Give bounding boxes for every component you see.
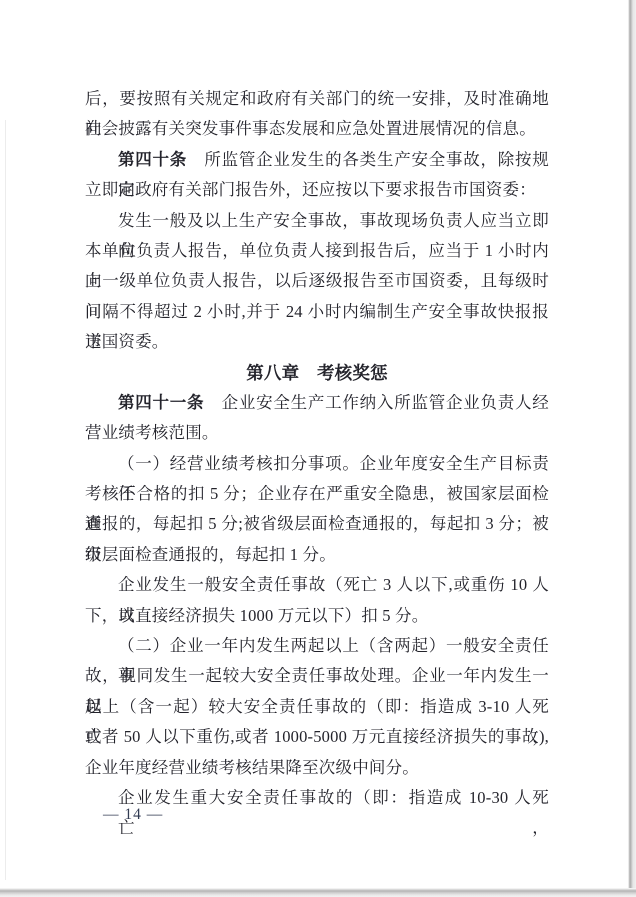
line-text: 级层面检查通报的，每起扣 1 分。 xyxy=(85,545,336,564)
line-text: 企业发生重大安全责任事故的（即：指造成 10-30 人死亡， xyxy=(118,788,549,837)
page-edge-bottom xyxy=(0,888,636,897)
line-text: 第八章 考核奖惩 xyxy=(246,363,388,383)
page: 后，要按照有关规定和政府有关部门的统一安排，及时准确地向社会披露有关突发事件事态… xyxy=(0,0,636,897)
line-text: 企业年度经营业绩考核结果降至次级中间分。 xyxy=(85,758,419,777)
document-line: 立即向政府有关部门报告外，还应按以下要求报告市国资委： xyxy=(85,175,549,205)
article-number: 第四十条 xyxy=(118,151,187,169)
page-edge-right xyxy=(628,0,636,897)
document-line: 通报的，每起扣 5 分;被省级层面检查通报的，每起扣 3 分；被市 xyxy=(85,509,549,539)
document-line: （二）企业一年内发生两起以上（含两起）一般安全责任事 xyxy=(85,631,549,661)
document-line: （一）经营业绩考核扣分事项。企业年度安全生产目标责任 xyxy=(85,449,549,479)
line-text: 立即向政府有关部门报告外，还应按以下要求报告市国资委： xyxy=(85,180,536,199)
line-text: 下，或直接经济损失 1000 万元以下）扣 5 分。 xyxy=(85,606,428,625)
document-line: 市国资委。 xyxy=(85,327,549,357)
document-line: 间隔不得超过 2 小时,并于 24 小时内编制生产安全事故快报报送 xyxy=(85,297,549,327)
document-line: 第四十条 所监管企业发生的各类生产安全事故，除按规定 xyxy=(85,145,549,175)
document-line: 本单位负责人报告，单位负责人接到报告后，应当于 1 小时内向 xyxy=(85,236,549,266)
document-line: 故，视同发生一起较大安全责任事故处理。企业一年内发生一起 xyxy=(85,661,549,691)
document-line: 营业绩考核范围。 xyxy=(85,418,549,448)
document-line: 第四十一条 企业安全生产工作纳入所监管企业负责人经 xyxy=(85,388,549,418)
line-text: 社会披露有关突发事件事态发展和应急处置进展情况的信息。 xyxy=(85,119,536,138)
page-number: — 14 — xyxy=(103,806,163,824)
document-line: 后，要按照有关规定和政府有关部门的统一安排，及时准确地向 xyxy=(85,84,549,114)
line-text: 企业安全生产工作纳入所监管企业负责人经 xyxy=(204,393,549,412)
document-line: 企业年度经营业绩考核结果降至次级中间分。 xyxy=(85,753,549,783)
document-line: 上一级单位负责人报告，以后逐级报告至市国资委，且每级时间 xyxy=(85,266,549,296)
document-body: 后，要按照有关规定和政府有关部门的统一安排，及时准确地向社会披露有关突发事件事态… xyxy=(85,84,549,813)
line-text: 营业绩考核范围。 xyxy=(85,423,219,442)
document-line: 或者 50 人以下重伤,或者 1000-5000 万元直接经济损失的事故), xyxy=(85,722,549,752)
chapter-heading: 第八章 考核奖惩 xyxy=(85,358,549,388)
article-number: 第四十一条 xyxy=(118,394,204,412)
document-line: 考核不合格的扣 5 分；企业存在严重安全隐患，被国家层面检查 xyxy=(85,479,549,509)
page-edge-left xyxy=(5,120,6,880)
line-text: 市国资委。 xyxy=(85,332,169,351)
document-line: 下，或直接经济损失 1000 万元以下）扣 5 分。 xyxy=(85,601,549,631)
document-line: 以上（含一起）较大安全责任事故的（即：指造成 3-10 人死亡， xyxy=(85,692,549,722)
line-text: 或者 50 人以下重伤,或者 1000-5000 万元直接经济损失的事故), xyxy=(85,727,549,746)
document-line: 发生一般及以上生产安全事故，事故现场负责人应当立即向 xyxy=(85,206,549,236)
document-line: 级层面检查通报的，每起扣 1 分。 xyxy=(85,540,549,570)
document-line: 社会披露有关突发事件事态发展和应急处置进展情况的信息。 xyxy=(85,114,549,144)
document-line: 企业发生一般安全责任事故（死亡 3 人以下,或重伤 10 人以 xyxy=(85,570,549,600)
